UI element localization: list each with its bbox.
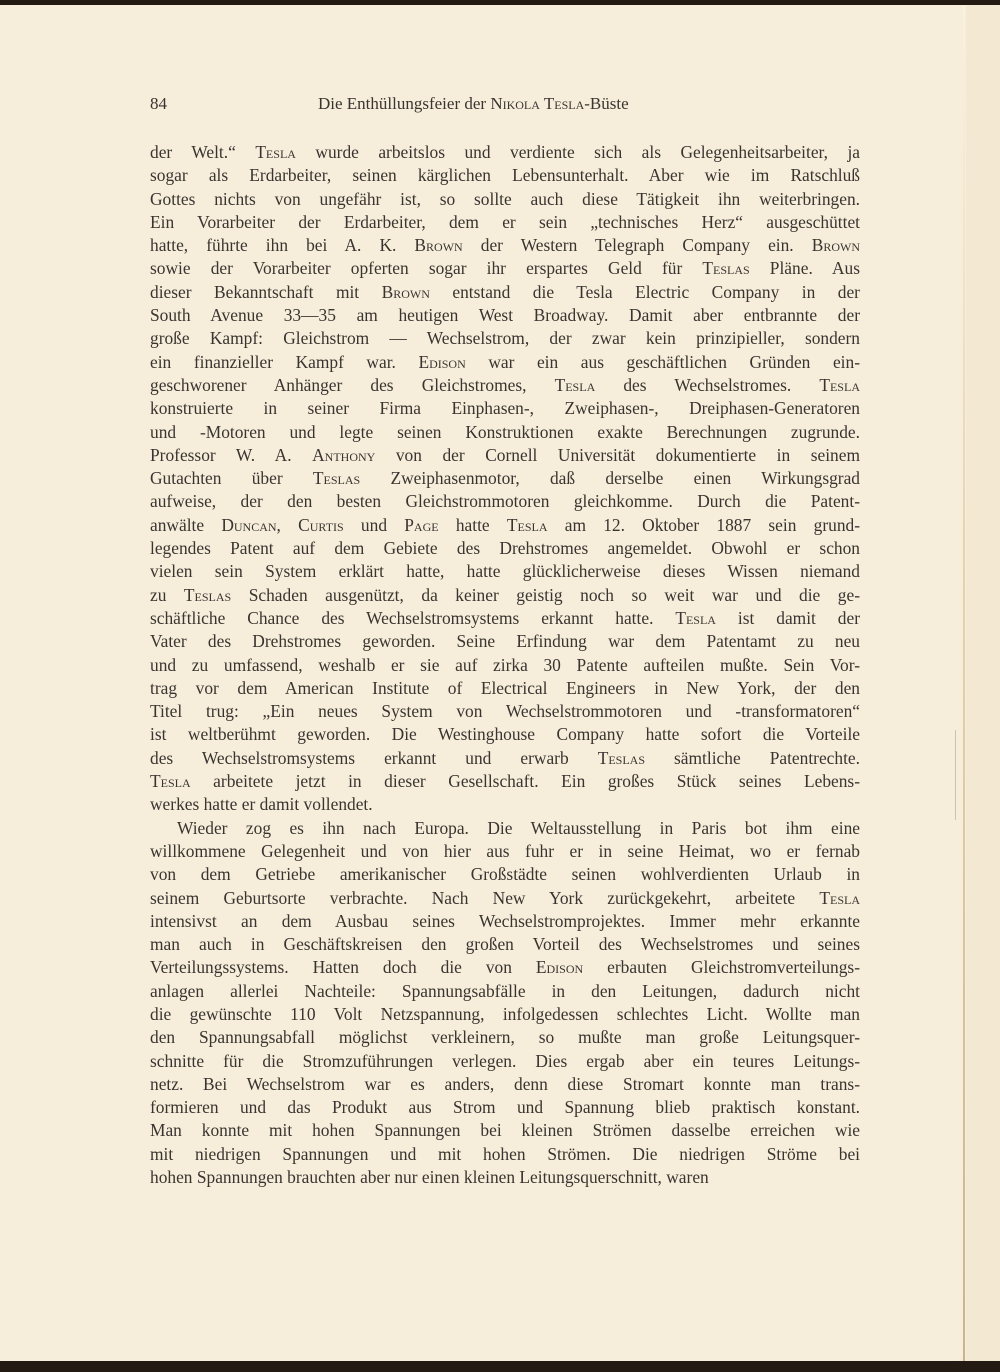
text-line: große Kampf: Gleichstrom — Wechselstrom,… xyxy=(150,327,860,350)
person-name: Brown xyxy=(812,235,860,255)
person-name: Tesla xyxy=(555,375,596,395)
person-name: Tesla xyxy=(819,375,860,395)
person-name: Tesla xyxy=(675,608,716,628)
text-line: Vater des Drehstromes geworden. Seine Er… xyxy=(150,630,860,653)
page-edge-line xyxy=(963,5,965,1361)
page-edge-mark xyxy=(955,730,956,820)
person-name: Teslas xyxy=(184,585,231,605)
text-line: dieser Bekanntschaft mit Brown entstand … xyxy=(150,281,860,304)
person-name: Tesla xyxy=(255,142,296,162)
text-line: anlagen allerlei Nachteile: Spannungsabf… xyxy=(150,980,860,1003)
text-line: geschworener Anhänger des Gleichstromes,… xyxy=(150,374,860,397)
text-line: und -Motoren und legte seinen Konstrukti… xyxy=(150,421,860,444)
text-line: konstruierte in seiner Firma Einphasen-,… xyxy=(150,397,860,420)
text-line: aufweise, der den besten Gleichstrommoto… xyxy=(150,490,860,513)
text-line: Professor W. A. Anthony von der Cornell … xyxy=(150,444,860,467)
person-name: Duncan xyxy=(221,515,276,535)
text-line: seinem Geburtsorte verbrachte. Nach New … xyxy=(150,887,860,910)
text-line: schäftliche Chance des Wechselstromsyste… xyxy=(150,607,860,630)
body-text: der Welt.“ Tesla wurde arbeitslos und ve… xyxy=(150,141,860,1189)
text-line: des Wechselstromsystems erkannt und erwa… xyxy=(150,747,860,770)
person-name: Anthony xyxy=(312,445,375,465)
text-line: der Welt.“ Tesla wurde arbeitslos und ve… xyxy=(150,141,860,164)
text-line: Man konnte mit hohen Spannungen bei klei… xyxy=(150,1119,860,1142)
text-line: trag vor dem American Institute of Elect… xyxy=(150,677,860,700)
scan-bottom-border xyxy=(0,1361,1000,1372)
text-line: Verteilungssystems. Hatten doch die von … xyxy=(150,956,860,979)
text-line: Ein Vorarbeiter der Erdarbeiter, dem er … xyxy=(150,211,860,234)
text-line: ein finanzieller Kampf war. Edison war e… xyxy=(150,351,860,374)
person-name: Tesla xyxy=(507,515,548,535)
person-name: Teslas xyxy=(598,748,645,768)
person-name: Curtis xyxy=(298,515,344,535)
text-line: werkes hatte er damit vollendet. xyxy=(150,793,860,816)
text-line: willkommene Gelegenheit und von hier aus… xyxy=(150,840,860,863)
adjacent-page-edge xyxy=(966,5,1000,1361)
text-line: Gutachten über Teslas Zweiphasenmotor, d… xyxy=(150,467,860,490)
person-name: Edison xyxy=(418,352,465,372)
person-name: Edison xyxy=(536,957,583,977)
text-line: legendes Patent auf dem Gebiete des Dreh… xyxy=(150,537,860,560)
person-name: Teslas xyxy=(313,468,360,488)
text-line: den Spannungsabfall möglichst verkleiner… xyxy=(150,1026,860,1049)
person-name: Brown xyxy=(414,235,462,255)
person-name: Tesla xyxy=(150,771,191,791)
text-line: zu Teslas Schaden ausgenützt, da keiner … xyxy=(150,584,860,607)
text-line: netz. Bei Wechselstrom war es anders, de… xyxy=(150,1073,860,1096)
text-line: anwälte Duncan, Curtis und Page hatte Te… xyxy=(150,514,860,537)
person-name: Tesla xyxy=(819,888,860,908)
text-line: Wieder zog es ihn nach Europa. Die Welta… xyxy=(150,817,860,840)
text-line: sogar als Erdarbeiter, seinen kärglichen… xyxy=(150,164,860,187)
text-line: Titel trug: „Ein neues System von Wechse… xyxy=(150,700,860,723)
text-line: hohen Spannungen brauchten aber nur eine… xyxy=(150,1166,860,1189)
page-number: 84 xyxy=(150,94,167,114)
running-head-suffix: -Büste xyxy=(584,94,628,113)
paragraph-1: der Welt.“ Tesla wurde arbeitslos und ve… xyxy=(150,141,860,817)
person-name: Teslas xyxy=(702,258,749,278)
text-line: hatte, führte ihn bei A. K. Brown der We… xyxy=(150,234,860,257)
text-line: ist weltberühmt geworden. Die Westinghou… xyxy=(150,723,860,746)
text-line: und zu umfassend, weshalb er sie auf zir… xyxy=(150,654,860,677)
person-name: Page xyxy=(404,515,438,535)
paragraph-2: Wieder zog es ihn nach Europa. Die Welta… xyxy=(150,817,860,1190)
running-head-prefix: Die Enthüllungsfeier der xyxy=(318,94,490,113)
text-line: intensivst an dem Ausbau seines Wechsels… xyxy=(150,910,860,933)
page-header: 84 Die Enthüllungsfeier der Nikola Tesla… xyxy=(150,94,860,118)
text-line: formieren und das Produkt aus Strom und … xyxy=(150,1096,860,1119)
text-line: von dem Getriebe amerikanischer Großstäd… xyxy=(150,863,860,886)
text-line: Tesla arbeitete jetzt in dieser Gesellsc… xyxy=(150,770,860,793)
running-head-name: Nikola Tesla xyxy=(490,94,584,113)
text-line: South Avenue 33—35 am heutigen West Broa… xyxy=(150,304,860,327)
text-line: die gewünschte 110 Volt Netzspannung, in… xyxy=(150,1003,860,1026)
text-line: man auch in Geschäftskreisen den großen … xyxy=(150,933,860,956)
text-line: Gottes nichts von ungefähr ist, so sollt… xyxy=(150,188,860,211)
text-line: vielen sein System erklärt hatte, hatte … xyxy=(150,560,860,583)
running-head: Die Enthüllungsfeier der Nikola Tesla-Bü… xyxy=(318,94,629,114)
text-line: sowie der Vorarbeiter opferten sogar ihr… xyxy=(150,257,860,280)
text-line: mit niedrigen Spannungen und mit hohen S… xyxy=(150,1143,860,1166)
person-name: Brown xyxy=(382,282,430,302)
text-line: schnitte für die Stromzuführungen verleg… xyxy=(150,1050,860,1073)
